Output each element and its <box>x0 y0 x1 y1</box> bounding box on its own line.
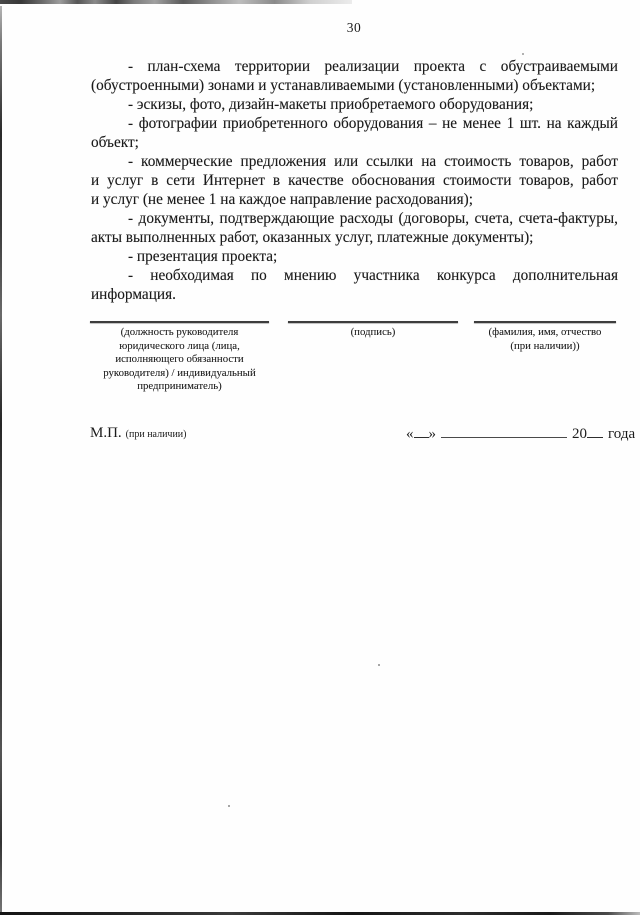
scan-speck <box>228 805 230 807</box>
text-line: объект; <box>91 133 618 152</box>
date-year-blank <box>587 424 603 438</box>
text-line: - план-схема территории реализации проек… <box>91 57 618 76</box>
document-page: 30 - план-схема территории реализации пр… <box>0 0 640 915</box>
signature-caption-sign: (подпись) <box>288 326 458 340</box>
text-line: - коммерческие предложения или ссылки на… <box>91 152 618 171</box>
text-line: (должность руководителя <box>90 326 269 340</box>
text-line: (подпись) <box>288 326 458 340</box>
text-line: - документы, подтверждающие расходы (дог… <box>91 209 618 228</box>
text-line: информация. <box>91 285 618 304</box>
text-line: юридического лица (лица, <box>90 340 269 354</box>
signature-line-position <box>90 321 269 323</box>
signature-field-sign: (подпись) <box>288 321 458 340</box>
scan-speck <box>522 53 524 55</box>
date-month-blank <box>441 424 567 438</box>
scan-artifact-top-edge <box>0 0 352 4</box>
text-line: - фотографии приобретенного оборудования… <box>91 114 618 133</box>
text-line: акты выполненных работ, оказанных услуг,… <box>91 228 618 247</box>
date-quote-close: » <box>429 426 437 442</box>
text-line: (обустроенными) зонами и устанавливаемым… <box>91 76 618 95</box>
page-number: 30 <box>0 20 640 36</box>
text-line: исполняющего обязанности <box>90 353 269 367</box>
date-year-prefix: 20 <box>572 426 587 442</box>
seal-label: М.П. <box>90 425 122 441</box>
signature-caption-name: (фамилия, имя, отчество(при наличии)) <box>474 326 616 353</box>
seal-note: (при наличии) <box>126 429 187 440</box>
scan-artifact-left-edge <box>0 6 2 915</box>
document-body: - план-схема территории реализации проек… <box>91 57 618 304</box>
text-line: (при наличии)) <box>474 340 616 354</box>
date-year-suffix: года <box>608 426 635 442</box>
signature-line-sign <box>288 321 458 323</box>
date-day-blank <box>414 424 429 438</box>
text-line: - необходимая по мнению участника конкур… <box>91 266 618 285</box>
signature-caption-position: (должность руководителяюридического лица… <box>90 326 269 394</box>
signature-line-name <box>474 321 616 323</box>
seal-area: М.П.(при наличии) <box>90 425 187 442</box>
text-line: предприниматель) <box>90 380 269 394</box>
date-quote-open: « <box>406 426 414 442</box>
text-line: руководителя) / индивидуальный <box>90 367 269 381</box>
text-line: и услуг в сети Интернет в качестве обосн… <box>91 171 618 190</box>
scan-speck <box>378 664 380 666</box>
text-line: - эскизы, фото, дизайн-макеты приобретае… <box>91 95 618 114</box>
text-line: - презентация проекта; <box>91 247 618 266</box>
date-field: «»20года <box>406 424 635 443</box>
signature-field-position: (должность руководителяюридического лица… <box>90 321 269 394</box>
signature-field-name: (фамилия, имя, отчество(при наличии)) <box>474 321 616 353</box>
text-line: (фамилия, имя, отчество <box>474 326 616 340</box>
text-line: и услуг (не менее 1 на каждое направлени… <box>91 190 618 209</box>
